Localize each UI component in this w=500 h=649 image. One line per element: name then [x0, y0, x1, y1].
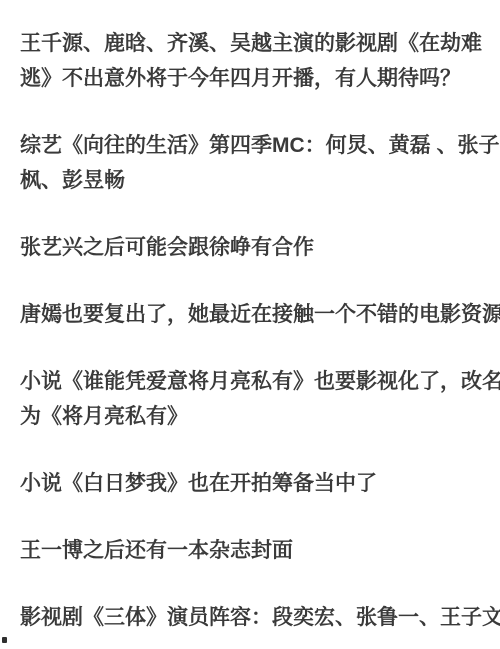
paragraph: 小说《谁能凭爱意将月亮私有》也要影视化了，改名为《将月亮私有》 — [20, 364, 484, 434]
paragraph-line: 枫、彭昱畅 — [20, 163, 484, 198]
paragraph: 综艺《向往的生活》第四季MC：何炅、黄磊 、张子枫、彭昱畅 — [20, 128, 484, 198]
paragraph: 唐嫣也要复出了，她最近在接触一个不错的电影资源 — [20, 297, 484, 332]
paragraph-line: 王千源、鹿晗、齐溪、吴越主演的影视剧《在劫难 — [20, 26, 484, 61]
paragraph: 王一博之后还有一本杂志封面 — [20, 533, 484, 568]
paragraph-line: 张艺兴之后可能会跟徐峥有合作 — [20, 230, 484, 265]
article-body: 王千源、鹿晗、齐溪、吴越主演的影视剧《在劫难逃》不出意外将于今年四月开播，有人期… — [0, 0, 500, 635]
paragraph: 小说《白日梦我》也在开拍筹备当中了 — [20, 466, 484, 501]
paragraph-line: 小说《白日梦我》也在开拍筹备当中了 — [20, 466, 484, 501]
paragraph: 张艺兴之后可能会跟徐峥有合作 — [20, 230, 484, 265]
paragraph-line: 为《将月亮私有》 — [20, 399, 484, 434]
paragraph-line: 王一博之后还有一本杂志封面 — [20, 533, 484, 568]
paragraph-line: 综艺《向往的生活》第四季MC：何炅、黄磊 、张子 — [20, 128, 484, 163]
paragraph-line: 影视剧《三体》演员阵容：段奕宏、张鲁一、王子文 — [20, 600, 484, 635]
cutoff-text-dot — [2, 637, 7, 643]
paragraph-line: 小说《谁能凭爱意将月亮私有》也要影视化了，改名 — [20, 364, 484, 399]
paragraph-line: 唐嫣也要复出了，她最近在接触一个不错的电影资源 — [20, 297, 484, 332]
paragraph: 影视剧《三体》演员阵容：段奕宏、张鲁一、王子文 — [20, 600, 484, 635]
paragraph: 王千源、鹿晗、齐溪、吴越主演的影视剧《在劫难逃》不出意外将于今年四月开播，有人期… — [20, 26, 484, 96]
paragraph-line: 逃》不出意外将于今年四月开播，有人期待吗？ — [20, 61, 484, 96]
